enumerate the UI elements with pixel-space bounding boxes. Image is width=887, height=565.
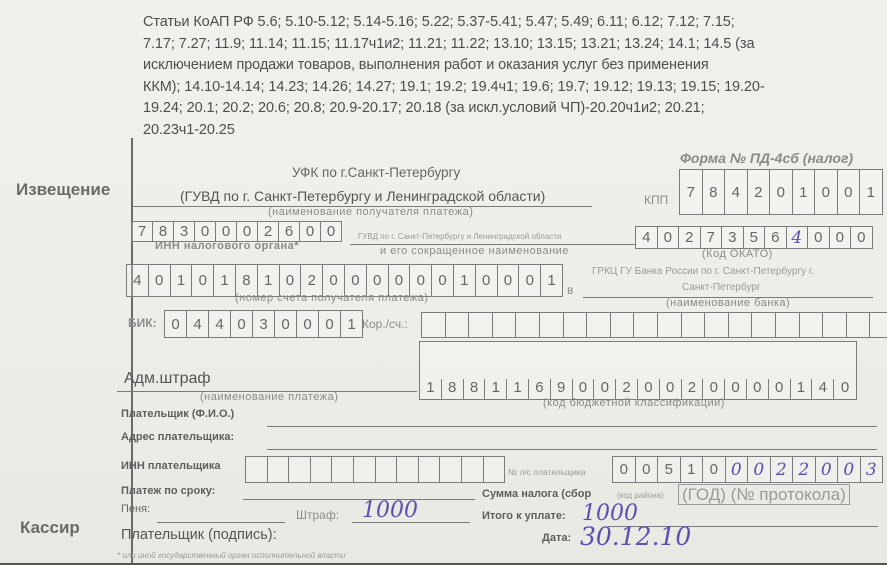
okato-caption: (Код ОКАТО)	[702, 248, 773, 260]
bik-label: БИК:	[128, 316, 157, 330]
recipient-line-1: УФК по г.Санкт-Петербургу	[292, 165, 460, 180]
digit-cell: 0	[195, 222, 216, 241]
bik-boxes[interactable]: 044030001	[164, 310, 363, 338]
digit-cell: 2	[771, 457, 794, 482]
bank-name-line-2: Санкт-Петербург	[682, 282, 760, 293]
digit-cell: 0	[658, 227, 680, 248]
digit-cell: 0	[594, 379, 616, 399]
digit-cell: 2	[748, 170, 771, 214]
short-name: ГУВД по г. Санкт-Петербургу и Ленинградс…	[358, 232, 561, 241]
digit-cell	[446, 313, 470, 337]
digit-cell	[419, 457, 441, 482]
digit-cell: 1	[420, 379, 442, 399]
digit-cell	[634, 313, 658, 337]
digit-cell: 0	[851, 227, 872, 248]
digit-cell: 4	[812, 379, 834, 399]
digit-cell: 3	[861, 457, 883, 482]
kpp-boxes[interactable]: 784201001	[679, 169, 883, 215]
payer-address-field[interactable]	[267, 449, 877, 450]
digit-cell	[246, 457, 268, 482]
digit-cell	[354, 457, 376, 482]
digit-cell: 7	[680, 170, 703, 214]
digit-cell: 1	[541, 265, 562, 296]
digit-cell: 0	[231, 311, 253, 337]
due-label: Платеж по сроку:	[121, 485, 215, 497]
digit-cell: 4	[787, 227, 809, 248]
short-name-caption: и его сокращенное наименование	[380, 245, 569, 257]
digit-cell: 2	[616, 379, 638, 399]
payment-caption: (наименование платежа)	[200, 391, 338, 403]
digit-cell: 0	[638, 379, 660, 399]
digit-cell: 0	[770, 170, 793, 214]
digit-cell: 0	[703, 379, 725, 399]
digit-cell	[484, 457, 505, 482]
digit-cell: 1	[791, 379, 813, 399]
digit-cell	[752, 313, 776, 337]
digit-cell: 0	[636, 457, 659, 482]
digit-cell: 0	[830, 227, 852, 248]
digit-cell: 0	[216, 222, 237, 241]
digit-cell: 0	[703, 457, 726, 482]
digit-cell: 5	[744, 227, 766, 248]
digit-cell: 1	[341, 311, 362, 337]
digit-cell: 5	[658, 457, 681, 482]
digit-cell: 0	[165, 311, 187, 337]
digit-cell: 0	[432, 265, 454, 296]
penalty-label: Пеня:	[121, 503, 150, 515]
digit-cell: 1	[681, 457, 704, 482]
digit-cell	[469, 313, 493, 337]
digit-cell: 0	[300, 222, 321, 241]
kbk-boxes[interactable]: 18811690020020000140	[419, 341, 857, 400]
digit-cell	[376, 457, 398, 482]
signature-label: Плательщик (подпись):	[121, 527, 277, 543]
digit-cell: 1	[214, 265, 236, 296]
digit-cell	[870, 313, 887, 337]
bank-caption: (наименование банка)	[666, 297, 790, 309]
header-line: ККМ); 14.10-14.14; 14.23; 14.26; 14.27; …	[143, 77, 873, 99]
digit-cell: 1	[485, 379, 507, 399]
in-label: в	[567, 283, 573, 297]
digit-cell	[682, 313, 706, 337]
digit-cell: 3	[722, 227, 744, 248]
digit-cell: 1	[171, 265, 193, 296]
digit-cell: 8	[703, 170, 726, 214]
payer-name-label: Плательщик (Ф.И.О.)	[121, 408, 234, 420]
digit-cell	[289, 457, 311, 482]
cashier-label: Кассир	[20, 518, 80, 538]
year-protocol-box[interactable]: (ГОД) (№ протокола)	[678, 484, 850, 505]
digit-cell: 1	[507, 379, 529, 399]
digit-cell: 0	[237, 222, 258, 241]
digit-cell: 4	[725, 170, 748, 214]
digit-cell	[332, 457, 354, 482]
digit-cell	[705, 313, 729, 337]
form-left-border	[131, 138, 133, 565]
inn-caption: ИНН налогового органа*	[155, 240, 299, 252]
fine-label: Штраф:	[296, 508, 339, 522]
okato-boxes[interactable]: 40273564000	[635, 226, 873, 249]
digit-cell	[516, 313, 540, 337]
kpp-label: КПП	[644, 193, 668, 207]
digit-cell: 0	[726, 457, 749, 482]
digit-cell: 0	[725, 379, 747, 399]
digit-cell	[611, 313, 635, 337]
digit-cell	[311, 457, 333, 482]
fine-underline	[352, 522, 470, 523]
digit-cell: 2	[679, 227, 701, 248]
date-label: Дата:	[542, 532, 571, 544]
digit-cell	[729, 313, 753, 337]
digit-cell: 7	[701, 227, 723, 248]
payer-inn-label: ИНН плательщика	[121, 460, 221, 472]
kor-account-boxes[interactable]	[421, 312, 887, 338]
digit-cell: 0	[660, 379, 682, 399]
due-field[interactable]	[243, 499, 475, 500]
digit-cell: 0	[297, 311, 319, 337]
district-code-label: (код района)	[617, 491, 664, 500]
digit-cell: 0	[321, 222, 341, 241]
digit-cell	[268, 457, 290, 482]
digit-cell: 0	[476, 265, 498, 296]
digit-cell: 1	[860, 170, 882, 214]
digit-cell	[847, 313, 871, 337]
account-caption: (номер счета получателя платежа)	[235, 292, 428, 304]
digit-cell: 9	[551, 379, 573, 399]
digit-cell: 4	[187, 311, 209, 337]
digit-cell: 0	[816, 457, 839, 482]
digit-cell	[462, 457, 484, 482]
penalty-field[interactable]	[157, 522, 285, 523]
date-value[interactable]: 30.12.10	[580, 522, 691, 551]
digit-cell: 0	[192, 265, 214, 296]
inn-boxes[interactable]: 7830002600	[131, 221, 342, 242]
digit-cell: 0	[149, 265, 171, 296]
payer-address-label: Адрес плательщика:	[121, 431, 234, 443]
kor-label: Кор./сч.:	[362, 317, 408, 331]
payer-inn-boxes[interactable]	[245, 456, 505, 483]
account-no-label: № л/с плательщика	[508, 467, 586, 477]
digit-cell: 0	[769, 379, 791, 399]
digit-cell: 0	[808, 227, 830, 248]
payment-name: Адм.штраф	[124, 370, 211, 388]
digit-cell	[564, 313, 588, 337]
header-line: 19.24; 20.1; 20.2; 20.6; 20.8; 20.9-20.1…	[143, 98, 873, 120]
total-label: Итого к уплате:	[482, 510, 566, 522]
digit-cell: 4	[209, 311, 231, 337]
bank-name-line-1: ГРКЦ ГУ Банка России по г. Санкт-Петербу…	[592, 266, 814, 277]
digit-cell: 0	[519, 265, 541, 296]
digit-cell: 1	[454, 265, 476, 296]
header-line: исключением продажи товаров, выполнения …	[143, 55, 873, 77]
digit-cell	[540, 313, 564, 337]
digit-cell: 0	[748, 457, 771, 482]
digit-cell: 4	[127, 265, 149, 296]
digit-cell: 0	[319, 311, 341, 337]
account-no-boxes[interactable]: 005100022003	[612, 456, 883, 483]
digit-cell: 1	[793, 170, 816, 214]
footnote: * или иной государственный орган исполни…	[117, 551, 345, 560]
digit-cell: 0	[498, 265, 520, 296]
digit-cell	[823, 313, 847, 337]
digit-cell	[493, 313, 517, 337]
form-title: Форма № ПД-4сб (налог)	[680, 150, 853, 166]
digit-cell: 0	[838, 457, 861, 482]
fine-value[interactable]: 1000	[362, 498, 418, 523]
digit-cell	[776, 313, 800, 337]
digit-cell: 8	[442, 379, 464, 399]
header-line: 7.17; 7.27; 11.9; 11.14; 11.15; 11.17ч1и…	[143, 34, 873, 56]
payer-name-field[interactable]	[267, 426, 877, 427]
header-line: 20.23ч1-20.25	[143, 120, 873, 142]
recipient-line-2: (ГУВД по г. Санкт-Петербургу и Ленинград…	[180, 188, 545, 204]
digit-cell	[440, 457, 462, 482]
digit-cell: 0	[834, 379, 856, 399]
digit-cell: 2	[682, 379, 704, 399]
notice-label: Извещение	[16, 180, 110, 200]
digit-cell: 3	[174, 222, 195, 241]
digit-cell: 0	[275, 311, 297, 337]
kbk-caption: (код бюджетной классификации)	[543, 397, 725, 409]
digit-cell: 2	[258, 222, 279, 241]
digit-cell	[587, 313, 611, 337]
digit-cell	[422, 313, 446, 337]
digit-cell	[658, 313, 682, 337]
digit-cell: 0	[747, 379, 769, 399]
payment-slip: Статьи КоАП РФ 5.6; 5.10-5.12; 5.14-5.16…	[0, 0, 887, 565]
tax-sum-label: Сумма налога (сбор	[482, 488, 591, 500]
digit-cell: 8	[464, 379, 486, 399]
digit-cell: 4	[636, 227, 658, 248]
digit-cell: 8	[153, 222, 174, 241]
digit-cell: 3	[253, 311, 275, 337]
digit-cell	[397, 457, 419, 482]
digit-cell: 7	[132, 222, 153, 241]
header-line: Статьи КоАП РФ 5.6; 5.10-5.12; 5.14-5.16…	[143, 12, 873, 34]
koap-articles-text: Статьи КоАП РФ 5.6; 5.10-5.12; 5.14-5.16…	[143, 12, 873, 141]
digit-cell: 6	[279, 222, 300, 241]
digit-cell: 0	[613, 457, 636, 482]
digit-cell	[800, 313, 824, 337]
digit-cell: 6	[529, 379, 551, 399]
digit-cell: 0	[815, 170, 838, 214]
digit-cell: 6	[765, 227, 787, 248]
digit-cell: 0	[838, 170, 861, 214]
recipient-caption: (наименование получателя платежа)	[268, 206, 473, 218]
digit-cell: 0	[573, 379, 595, 399]
digit-cell: 2	[793, 457, 816, 482]
